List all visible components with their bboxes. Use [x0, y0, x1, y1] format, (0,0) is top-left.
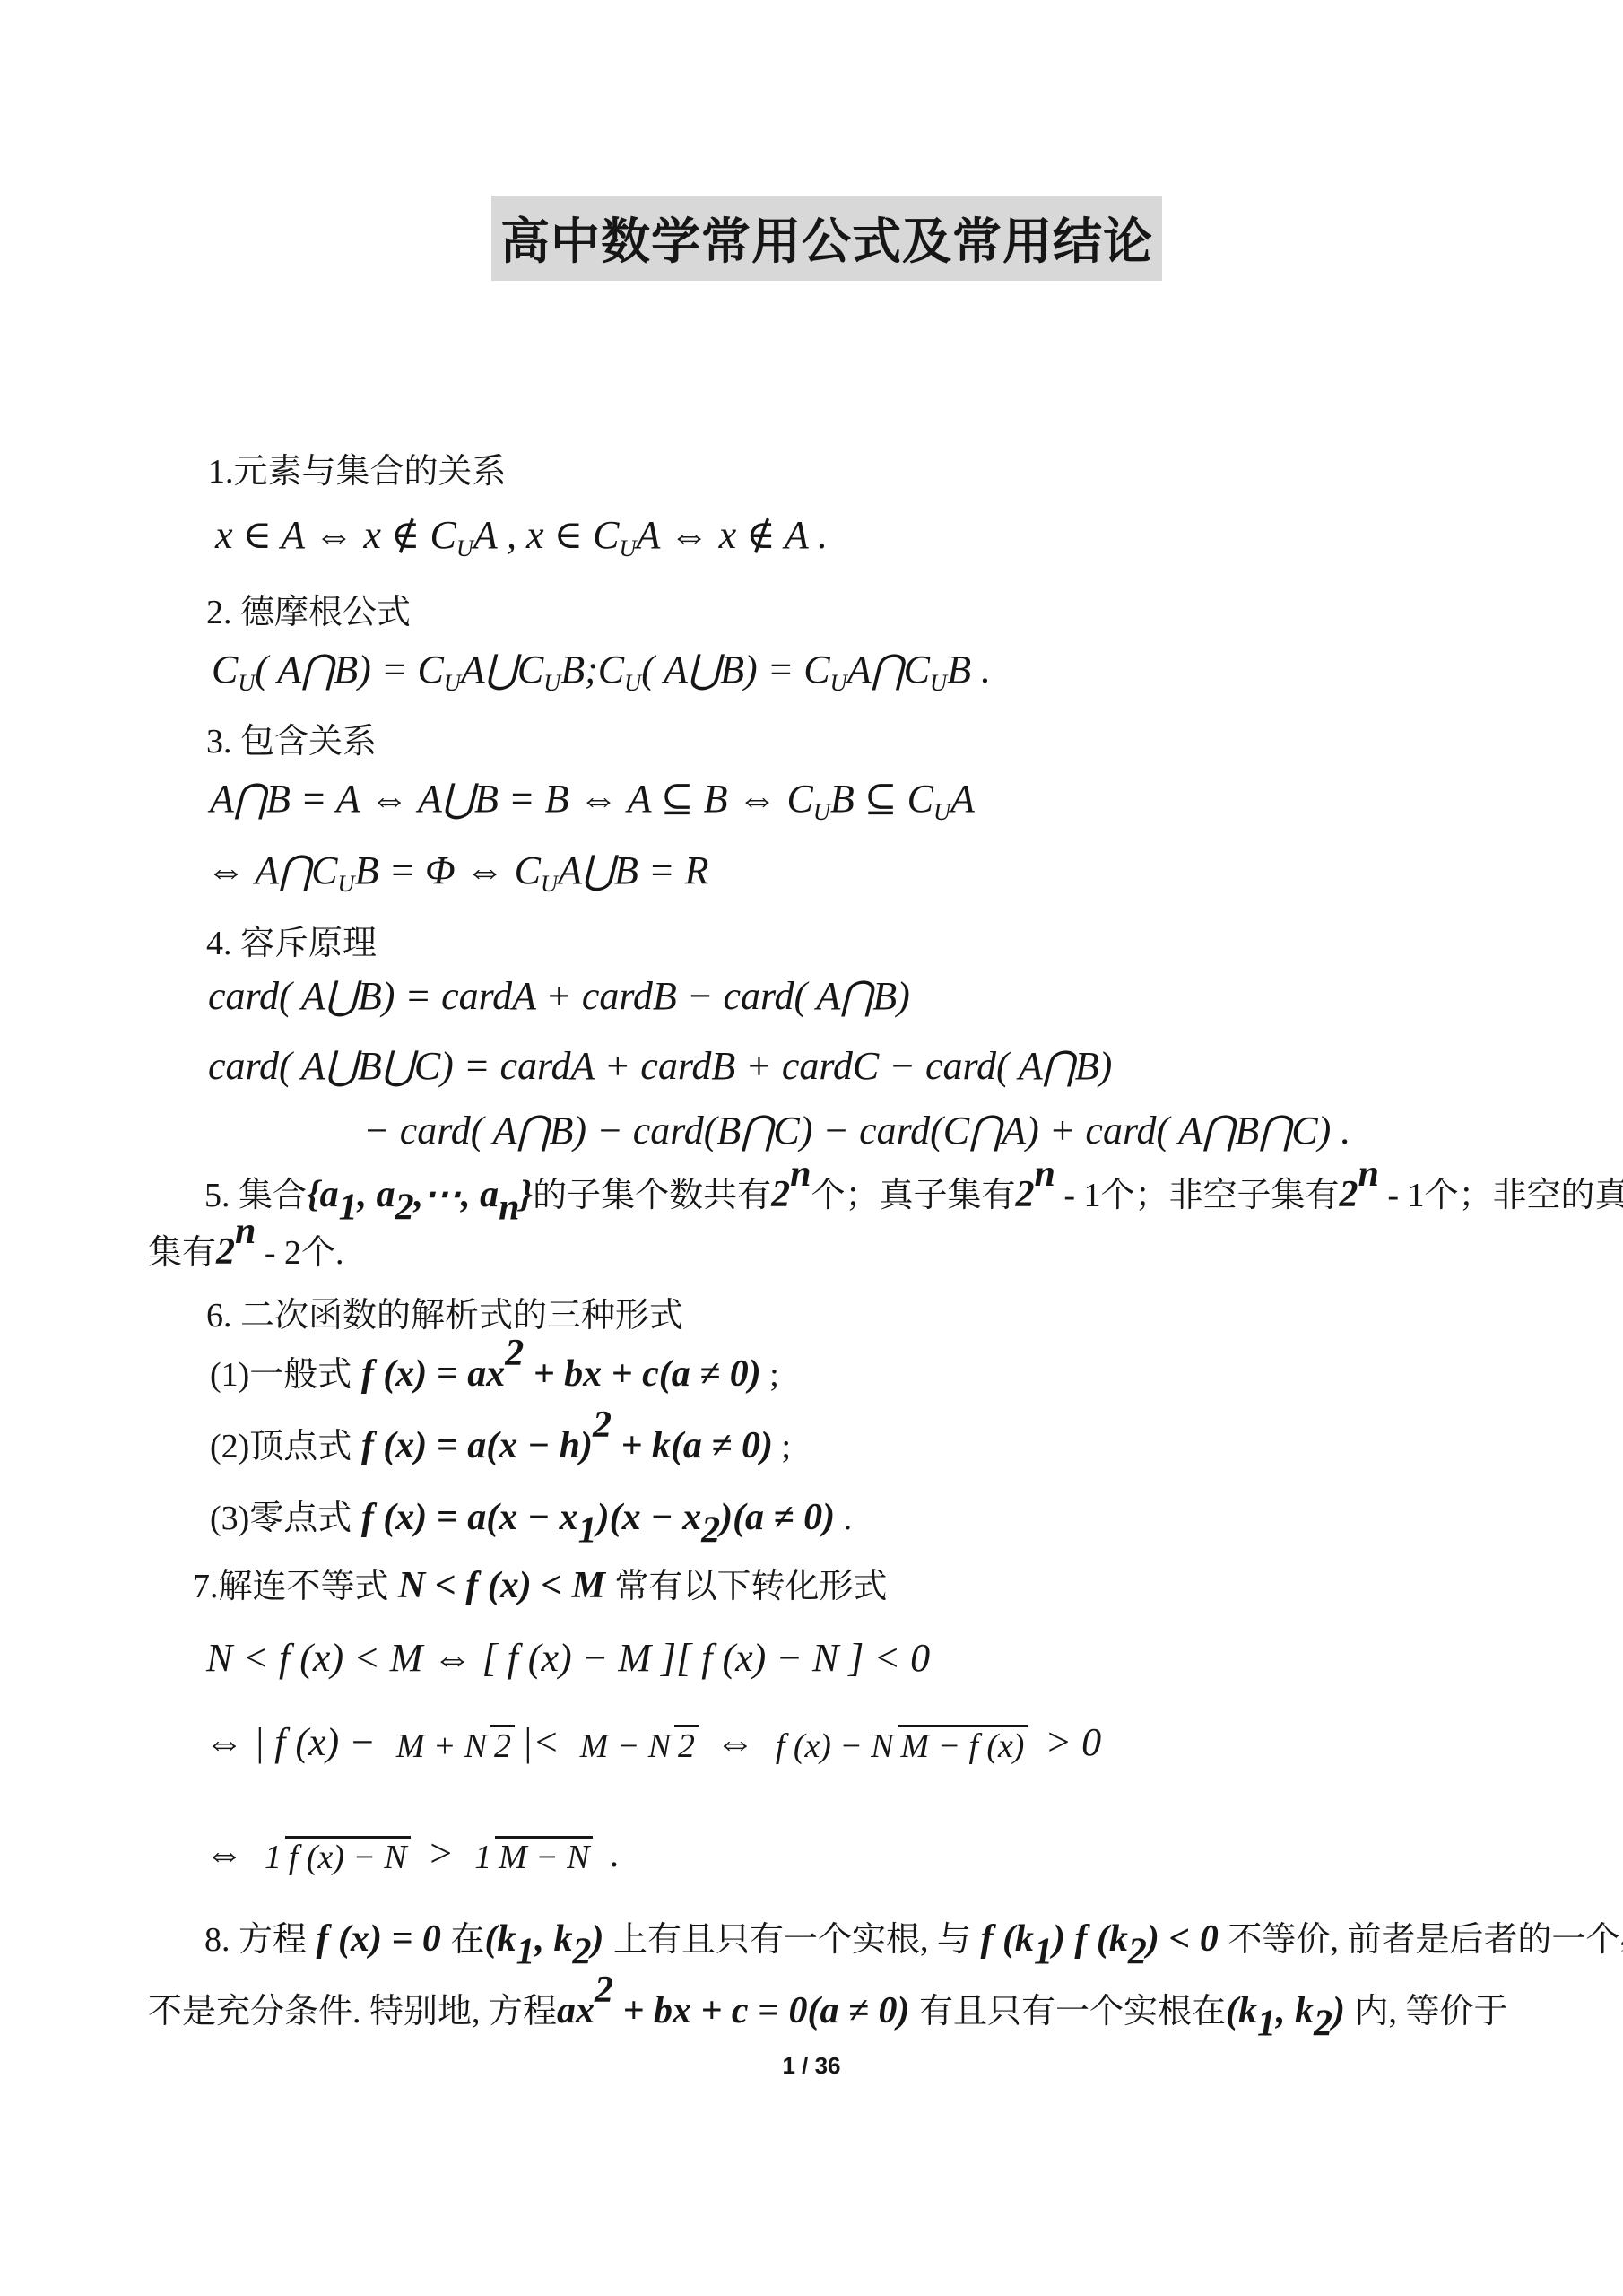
item-7-formula-line-3: ⇔ 1f (x) − N > 1M − N .	[204, 1805, 620, 1903]
item-5-text-line-1: 5. 集合{a1, a2,⋯, an}的子集个数共有2n个；真子集有2n - 1…	[204, 1173, 1623, 1216]
item-4-formula-line-3: − card( A⋂B) − card(B⋂C) − card(C⋂A) + c…	[363, 1109, 1350, 1154]
item-2-formula: CU( A⋂B) = CUA⋃CUB;CU( A⋃B) = CUA⋂CUB .	[212, 648, 991, 693]
item-8-text-line-1: 8. 方程 f (x) = 0 在(k1, k2) 上有且只有一个实根, 与 f…	[204, 1918, 1623, 1961]
item-4-heading: 4. 容斥原理	[206, 925, 377, 964]
item-2-heading: 2. 德摩根公式	[206, 594, 411, 633]
item-3-heading: 3. 包含关系	[206, 723, 377, 762]
document-title: 高中数学常用公式及常用结论	[491, 196, 1162, 281]
item-6-heading: 6. 二次函数的解析式的三种形式	[206, 1297, 683, 1336]
page-number: 1 / 36	[0, 2052, 1623, 2080]
item-7-formula-line-1: N < f (x) < M ⇔ [ f (x) − M ][ f (x) − N…	[206, 1636, 930, 1682]
document-page: 高中数学常用公式及常用结论 1.元素与集合的关系 x ∈ A ⇔ x ∉ CUA…	[0, 0, 1623, 2296]
item-5-text-line-2: 集有2n - 2个.	[148, 1231, 344, 1274]
item-7-heading: 7.解连不等式 N < f (x) < M 常有以下转化形式	[193, 1564, 888, 1607]
item-4-formula-line-1: card( A⋃B) = cardA + cardB − card( A⋂B)	[208, 974, 910, 1020]
item-3-formula-line-2: ⇔ A⋂CUB = Φ ⇔ CUA⋃B = R	[206, 848, 709, 894]
item-4-formula-line-2: card( A⋃B⋃C) = cardA + cardB + cardC − c…	[208, 1044, 1112, 1090]
item-1-formula: x ∈ A ⇔ x ∉ CUA , x ∈ CUA ⇔ x ∉ A .	[215, 513, 828, 559]
item-3-formula-line-1: A⋂B = A ⇔ A⋃B = B ⇔ A ⊆ B ⇔ CUB ⊆ CUA	[210, 777, 975, 822]
item-6-form-general: (1)一般式 f (x) = ax2 + bx + c(a ≠ 0) ;	[210, 1352, 779, 1396]
item-7-formula-line-2: ⇔ | f (x) − M + N2|< M − N2 ⇔ f (x) − NM…	[204, 1693, 1101, 1792]
item-1-heading: 1.元素与集合的关系	[208, 453, 507, 492]
item-6-form-zero: (3)零点式 f (x) = a(x − x1)(x − x2)(a ≠ 0) …	[210, 1496, 852, 1539]
item-6-form-vertex: (2)顶点式 f (x) = a(x − h)2 + k(a ≠ 0) ;	[210, 1424, 791, 1467]
item-8-text-line-2: 不是充分条件. 特别地, 方程ax2 + bx + c = 0(a ≠ 0) 有…	[148, 1989, 1508, 2032]
